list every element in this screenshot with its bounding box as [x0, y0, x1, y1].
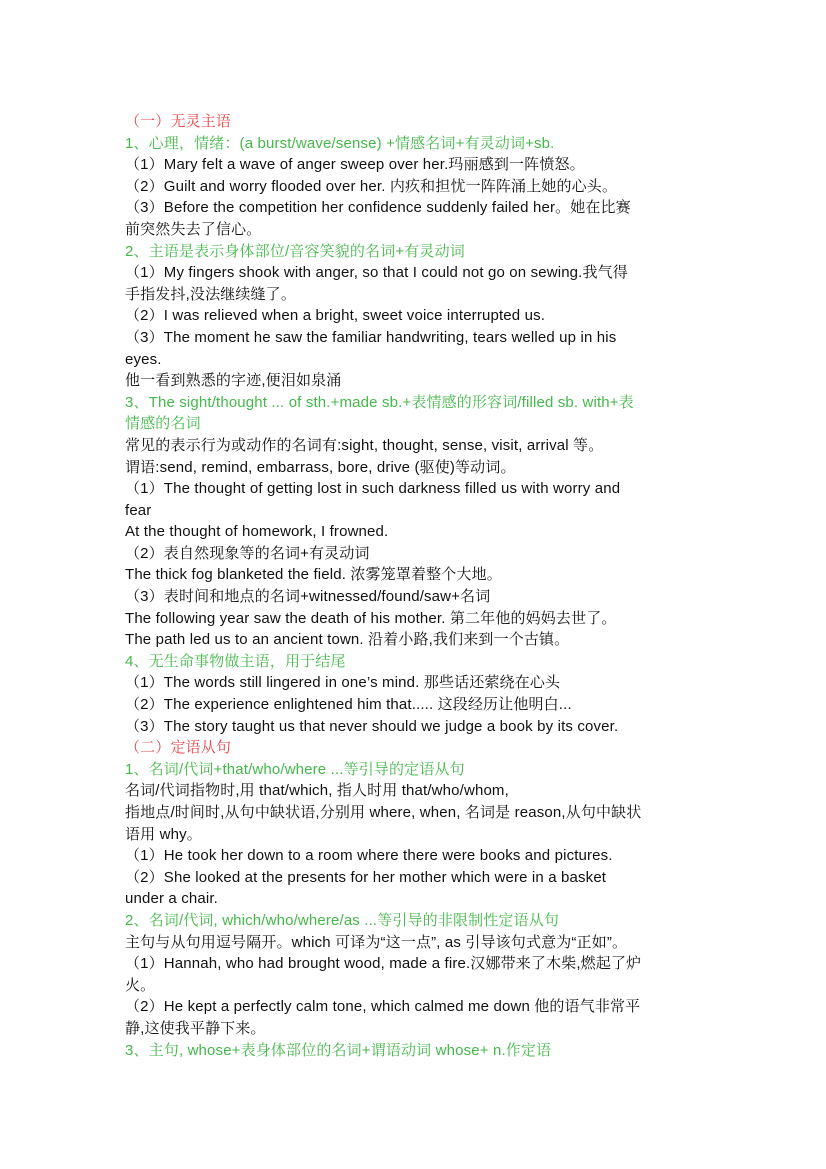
example-line: （1）Mary felt a wave of anger sweep over …: [125, 154, 700, 176]
example-line: 静,这使我平静下来。: [125, 1018, 700, 1040]
example-line: （2）She looked at the presents for her mo…: [125, 867, 700, 889]
example-line: eyes.: [125, 349, 700, 371]
example-line: 前突然失去了信心。: [125, 219, 700, 241]
example-line: 火。: [125, 975, 700, 997]
subheading-whose-clause: 3、主句, whose+表身体部位的名词+谓语动词 whose+ n.作定语: [125, 1040, 700, 1062]
example-line: fear: [125, 500, 700, 522]
subheading-body-parts: 2、主语是表示身体部位/音容笑貌的名词+有灵动词: [125, 241, 700, 263]
example-line: 他一看到熟悉的字迹,便泪如泉涌: [125, 370, 700, 392]
example-line: （2）He kept a perfectly calm tone, which …: [125, 996, 700, 1018]
subheading-psychology-emotion: 1、心理，情绪：(a burst/wave/sense) +情感名词+有灵动词+…: [125, 133, 700, 155]
document-page: （一）无灵主语 1、心理，情绪：(a burst/wave/sense) +情感…: [125, 111, 700, 1061]
note-line: 语用 why。: [125, 824, 700, 846]
subheading-restrictive-clause: 1、名词/代词+that/who/where ...等引导的定语从句: [125, 759, 700, 781]
note-line: 主句与从句用逗号隔开。which 可译为“这一点”, as 引导该句式意为“正如…: [125, 932, 700, 954]
example-line: under a chair.: [125, 888, 700, 910]
subheading-sight-thought: 3、The sight/thought ... of sth.+made sb.…: [125, 392, 700, 414]
section-heading-inanimate-subject: （一）无灵主语: [125, 111, 700, 133]
section-heading-attributive-clause: （二）定语从句: [125, 737, 700, 759]
note-line: 名词/代词指物时,用 that/which, 指人时用 that/who/who…: [125, 780, 700, 802]
subheading-nonrestrictive-clause: 2、名词/代词, which/who/where/as ...等引导的非限制性定…: [125, 910, 700, 932]
example-line: （1）The thought of getting lost in such d…: [125, 478, 700, 500]
note-line: 常见的表示行为或动作的名词有:sight, thought, sense, vi…: [125, 435, 700, 457]
example-line: （2）Guilt and worry flooded over her. 内疚和…: [125, 176, 700, 198]
example-line: （3）Before the competition her confidence…: [125, 197, 700, 219]
example-line: （3）The moment he saw the familiar handwr…: [125, 327, 700, 349]
example-line: （1）The words still lingered in one’s min…: [125, 672, 700, 694]
example-line: （3）The story taught us that never should…: [125, 716, 700, 738]
subheading-inanimate-ending: 4、无生命事物做主语，用于结尾: [125, 651, 700, 673]
example-line: （1）My fingers shook with anger, so that …: [125, 262, 700, 284]
example-line: （1）Hannah, who had brought wood, made a …: [125, 953, 700, 975]
example-line: The following year saw the death of his …: [125, 608, 700, 630]
example-line: （1）He took her down to a room where ther…: [125, 845, 700, 867]
example-line: The thick fog blanketed the field. 浓雾笼罩着…: [125, 564, 700, 586]
example-line: （3）表时间和地点的名词+witnessed/found/saw+名词: [125, 586, 700, 608]
example-line: （2）I was relieved when a bright, sweet v…: [125, 305, 700, 327]
subheading-sight-thought-cont: 情感的名词: [125, 413, 700, 435]
note-line: 谓语:send, remind, embarrass, bore, drive …: [125, 457, 700, 479]
note-line: 指地点/时间时,从句中缺状语,分别用 where, when, 名词是 reas…: [125, 802, 700, 824]
example-line: （2）表自然现象等的名词+有灵动词: [125, 543, 700, 565]
example-line: （2）The experience enlightened him that..…: [125, 694, 700, 716]
example-line: 手指发抖,没法继续缝了。: [125, 284, 700, 306]
example-line: The path led us to an ancient town. 沿着小路…: [125, 629, 700, 651]
example-line: At the thought of homework, I frowned.: [125, 521, 700, 543]
